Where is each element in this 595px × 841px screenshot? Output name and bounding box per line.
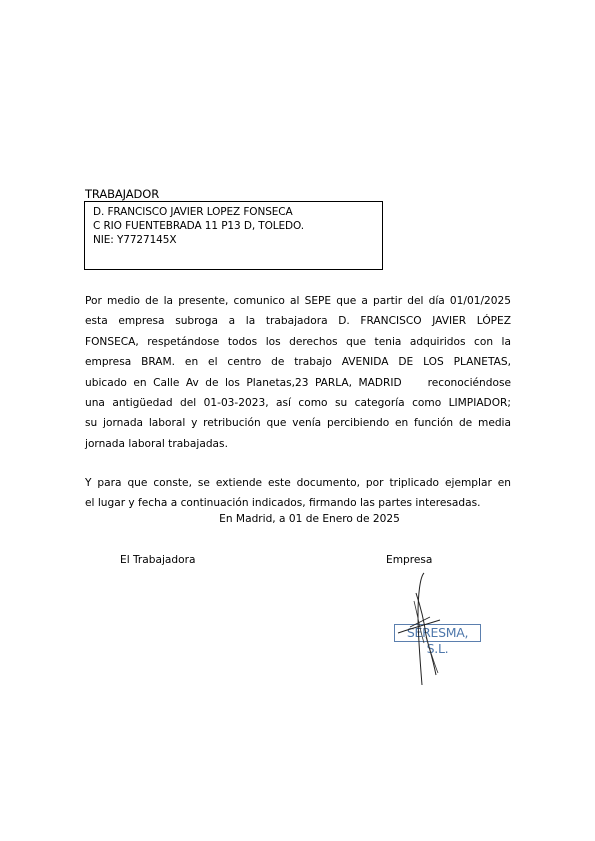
worker-signature-label: El Trabajadora <box>120 554 195 566</box>
body-paragraph-1: Por medio de la presente, comunico al SE… <box>85 291 511 454</box>
paragraph-line: esta empresa subroga a la trabajadora D.… <box>85 311 511 331</box>
worker-nie: NIE: Y7727145X <box>93 234 176 246</box>
paragraph-line: jornada laboral trabajadas. <box>85 434 511 454</box>
paragraph-line: el lugar y fecha a continuación indicado… <box>85 493 511 513</box>
place-and-date: En Madrid, a 01 de Enero de 2025 <box>0 513 595 525</box>
worker-section-label: TRABAJADOR <box>85 187 159 201</box>
paragraph-line: su jornada laboral y retribución que ven… <box>85 413 511 433</box>
worker-name: D. FRANCISCO JAVIER LOPEZ FONSECA <box>93 206 293 218</box>
worker-address: C RIO FUENTEBRADA 11 P13 D, TOLEDO. <box>93 220 304 232</box>
paragraph-line: Y para que conste, se extiende este docu… <box>85 473 511 493</box>
body-paragraph-2: Y para que conste, se extiende este docu… <box>85 473 511 514</box>
handwritten-signature-icon <box>380 565 460 690</box>
paragraph-line: FONSECA, respetándose todos los derechos… <box>85 332 511 352</box>
paragraph-line: Por medio de la presente, comunico al SE… <box>85 291 511 311</box>
paragraph-line: empresa BRAM. en el centro de trabajo AV… <box>85 352 511 372</box>
worker-info-box: D. FRANCISCO JAVIER LOPEZ FONSECA C RIO … <box>84 201 383 270</box>
paragraph-line: una antigüedad del 01-03-2023, así como … <box>85 393 511 413</box>
paragraph-line: ubicado en Calle Av de los Planetas,23 P… <box>85 373 511 393</box>
